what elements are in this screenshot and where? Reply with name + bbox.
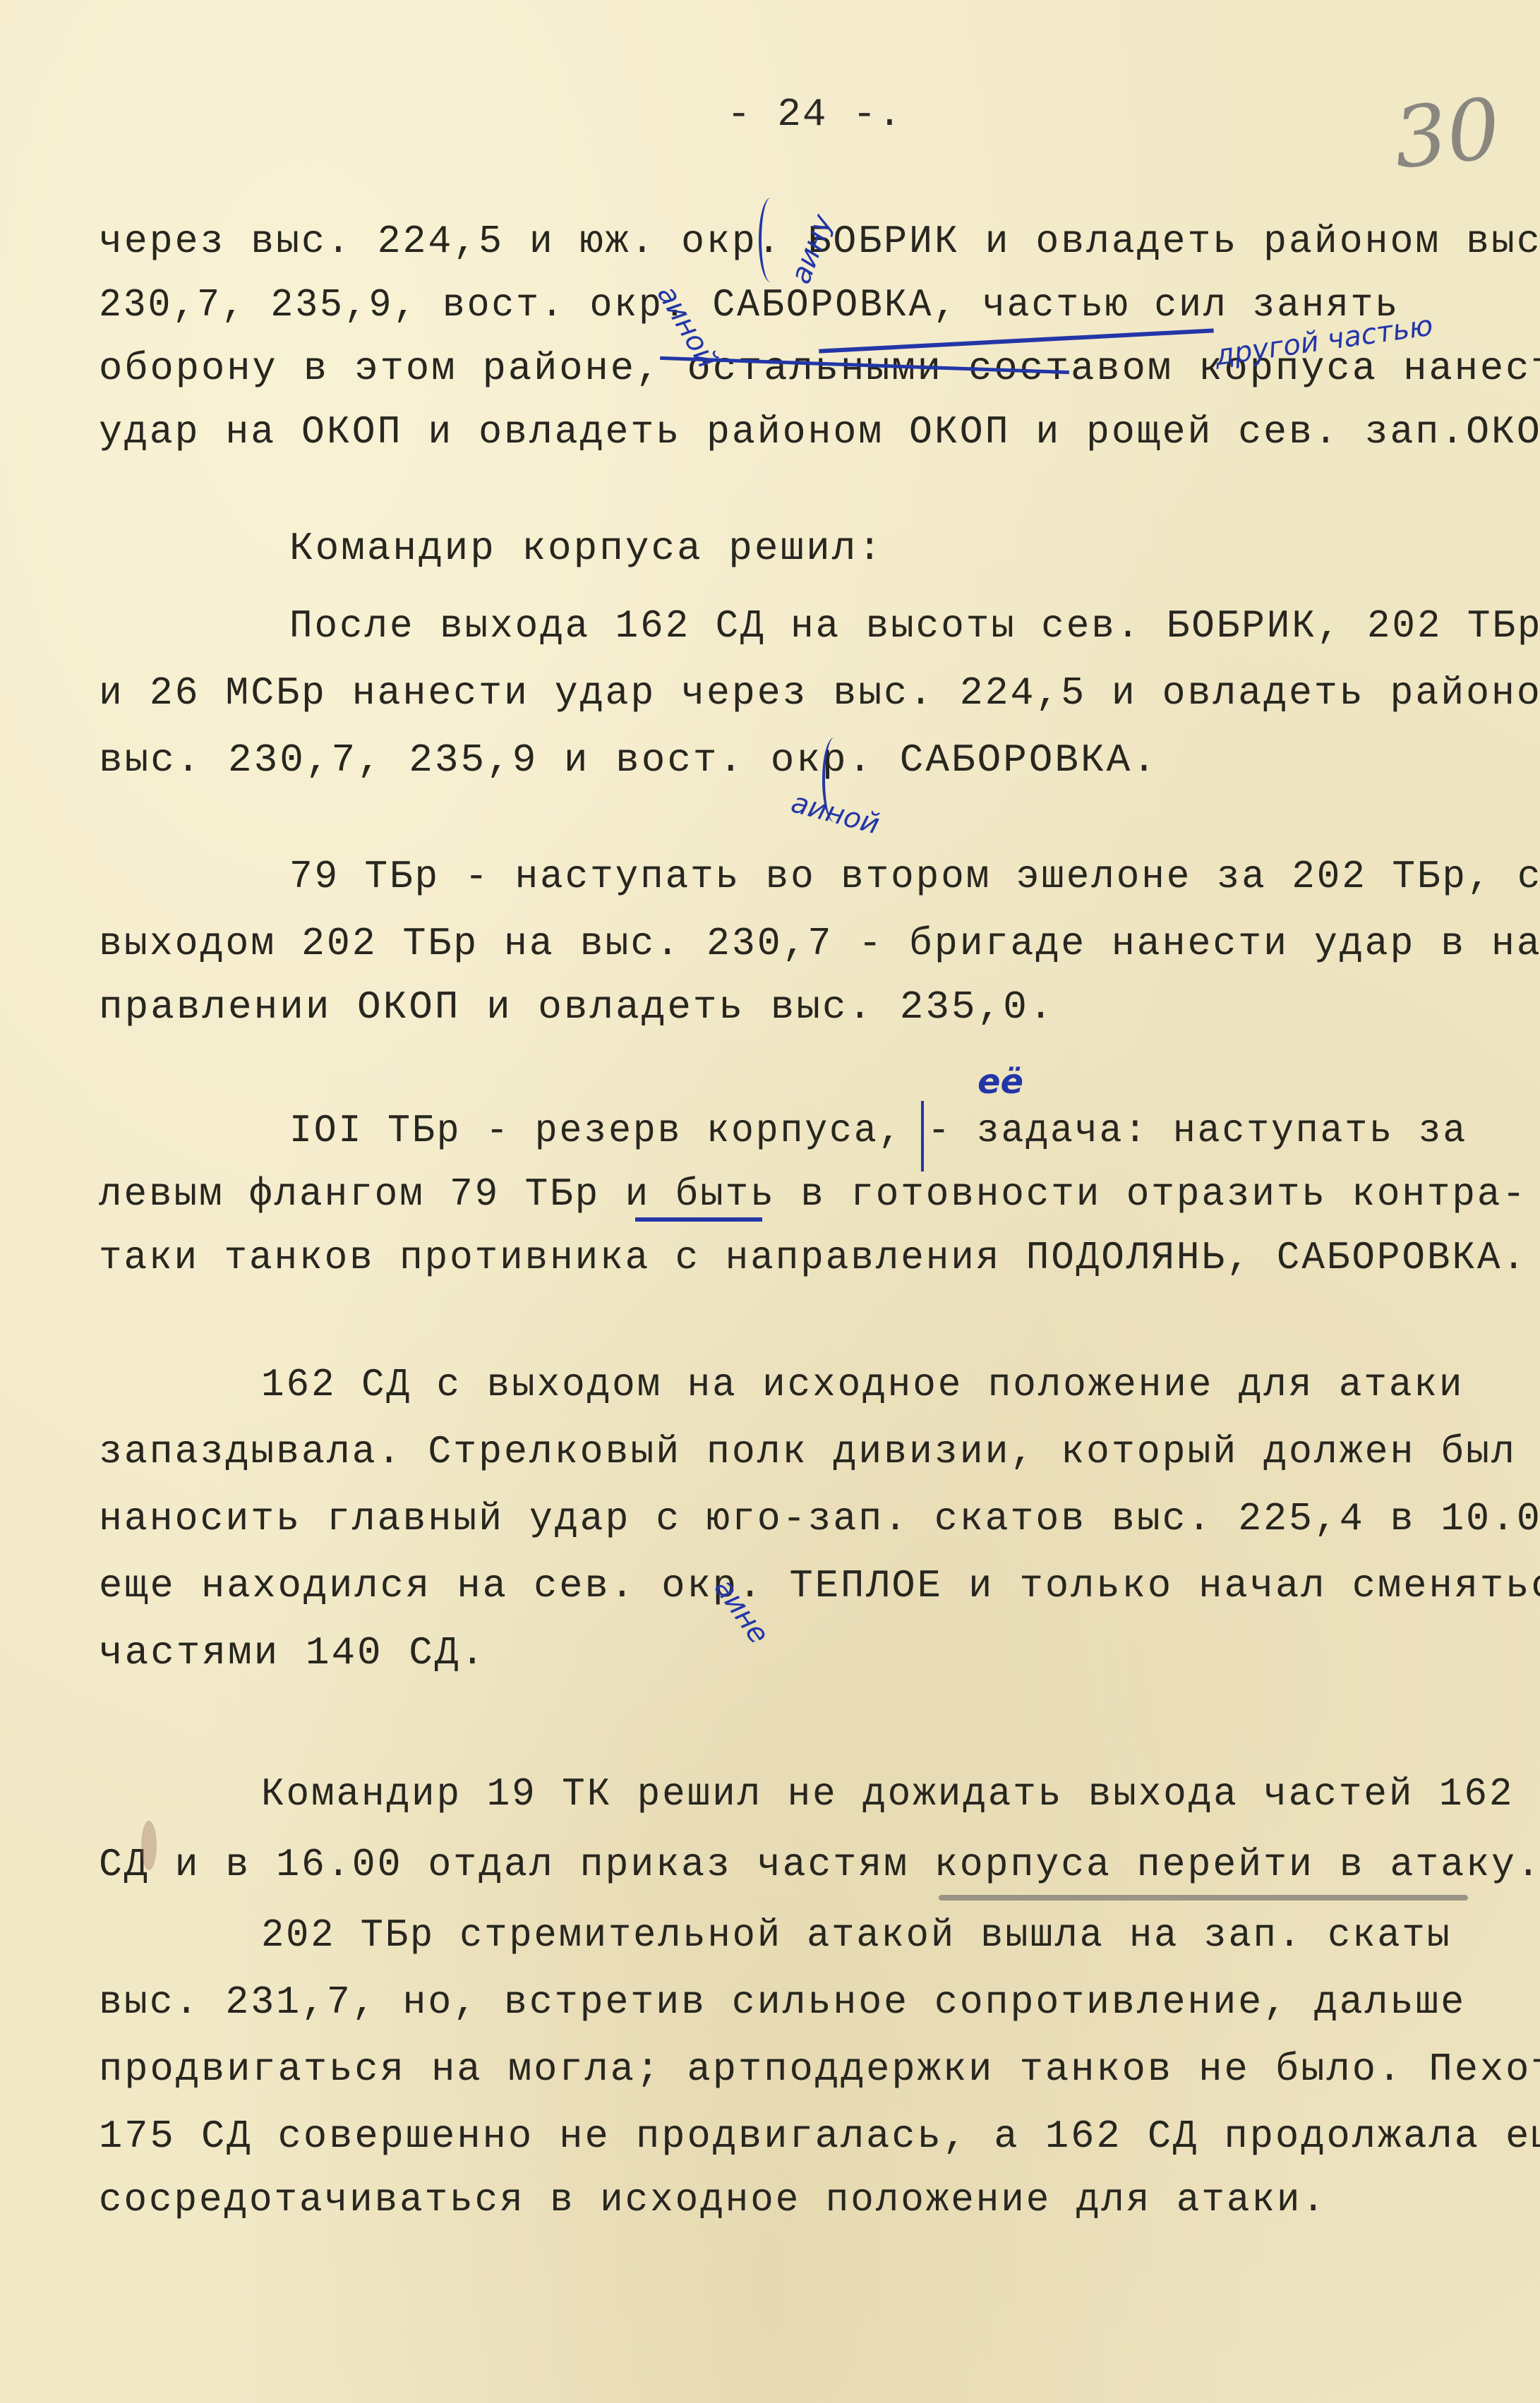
text-line: удар на ОКОП и овладеть районом ОКОП и р… [99, 409, 1540, 454]
page-number: - 24 -. [727, 92, 903, 137]
paper-stain [141, 1821, 157, 1870]
text-line: 79 ТБр - наступать во втором эшелоне за … [289, 854, 1540, 899]
text-line: таки танков противника с направления ПОД… [99, 1235, 1527, 1280]
text-line: еще находился на сев. окр. ТЕПЛОЕ и толь… [99, 1563, 1540, 1608]
text-line: выс. 230,7, 235,9 и вост. окр. САБОРОВКА… [99, 737, 1158, 783]
text-line: продвигаться на могла; артподдержки танк… [99, 2047, 1540, 2092]
folio-number-pencil: 30 [1389, 80, 1505, 188]
text-line: 162 СД с выходом на исходное положение д… [261, 1362, 1464, 1407]
ink-bracket [759, 198, 783, 282]
insertion-mark [921, 1101, 924, 1172]
text-line: После выхода 162 СД на высоты сев. БОБРИ… [289, 603, 1540, 649]
text-line: СД и в 16.00 отдал приказ частям корпуса… [99, 1842, 1540, 1887]
text-line: Командир 19 ТК решил не дожидать выхода … [261, 1771, 1514, 1817]
text-line: 202 ТБр стремительной атакой вышла на за… [261, 1913, 1452, 1958]
text-line: и 26 МСБр нанести удар через выс. 224,5 … [99, 670, 1540, 716]
text-line: левым флангом 79 ТБр и быть в готовности… [99, 1172, 1527, 1217]
text-line: сосредотачиваться в исходное положение д… [99, 2177, 1327, 2222]
text-line: 175 СД совершенно не продвигалась, а 162… [99, 2114, 1540, 2159]
text-line: IOI ТБр - резерв корпуса, - задача: наст… [289, 1108, 1467, 1153]
text-line: Командир корпуса решил: [289, 526, 884, 571]
text-line: наносить главный удар с юго-зап. скатов … [99, 1496, 1540, 1541]
handwritten-correction: её [977, 1062, 1023, 1102]
text-line: запаздывала. Стрелковый полк дивизии, ко… [99, 1429, 1517, 1474]
text-line: частями 140 СД. [99, 1630, 486, 1675]
text-line: правлении ОКОП и овладеть выс. 235,0. [99, 984, 1054, 1030]
text-line: выходом 202 ТБр на выс. 230,7 - бригаде … [99, 921, 1540, 966]
text-line: выс. 231,7, но, встретив сильное сопроти… [99, 1980, 1466, 2025]
strikethrough-ink [635, 1217, 762, 1222]
pencil-underline [939, 1895, 1468, 1901]
text-line: 230,7, 235,9, вост. окр. САБОРОВКА, част… [99, 282, 1400, 327]
